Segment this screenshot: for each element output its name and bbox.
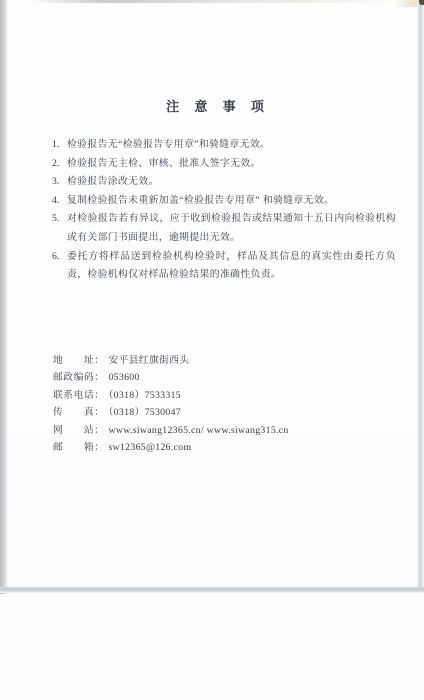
notice-item-1: 1. 检验报告无“检验报告专用章”和骑缝章无效。 xyxy=(52,136,396,155)
item-number: 3. xyxy=(52,173,67,192)
contact-label: 联系电话： xyxy=(53,390,104,401)
item-number: 5. xyxy=(52,210,67,247)
contact-value: 053600 xyxy=(108,372,139,383)
contact-value: （0318）7533315 xyxy=(108,390,180,401)
notice-item-6: 6. 委托方将样品送到检验机构检验时，样品及其信息的真实性由委托方负责，检验机构… xyxy=(52,248,396,285)
scan-edge-left xyxy=(0,0,8,594)
item-number: 4. xyxy=(52,192,67,211)
document-page: 注 意 事 项 1. 检验报告无“检验报告专用章”和骑缝章无效。 2. 检验报告… xyxy=(6,0,418,590)
scan-edge-right xyxy=(417,0,424,592)
contact-website: 网 站：www.siwang12365.cn/ www.siwang315.cn xyxy=(53,422,383,439)
item-number: 6. xyxy=(52,248,67,285)
item-text: 检验报告无主检、审核、批准人签字无效。 xyxy=(67,155,396,174)
notice-list: 1. 检验报告无“检验报告专用章”和骑缝章无效。 2. 检验报告无主检、审核、批… xyxy=(52,136,396,285)
contact-label: 传 真： xyxy=(53,407,104,418)
notice-item-4: 4. 复制检验报告未重新加盖“检验报告专用章” 和骑缝章无效。 xyxy=(52,192,396,211)
contact-email: 邮 箱：sw12365@126.com xyxy=(53,439,383,456)
contact-value: 安平县红旗街西头 xyxy=(108,355,189,366)
scanned-notice-document: { "doc": { "title": "注 意 事 项", "notice":… xyxy=(0,0,424,700)
notice-item-3: 3. 检验报告涂改无效。 xyxy=(52,173,396,192)
contact-postal-code: 邮政编码：053600 xyxy=(53,369,383,386)
contact-info: 地 址：安平县红旗街西头 邮政编码：053600 联系电话：（0318）7533… xyxy=(53,352,383,456)
contact-label: 邮政编码： xyxy=(53,372,104,383)
item-number: 1. xyxy=(52,136,67,155)
item-number: 2. xyxy=(52,155,67,174)
scan-edge-bottom xyxy=(0,587,424,593)
scan-edge-top xyxy=(30,0,400,3)
contact-label: 邮 箱： xyxy=(53,442,104,453)
contact-value: sw12365@126.com xyxy=(108,442,191,453)
contact-label: 网 站： xyxy=(53,425,104,436)
item-text: 对检验报告若有异议，应于收到检验报告或结果通知十五日内向检验机构或有关部门书面提… xyxy=(67,210,396,247)
page-title: 注 意 事 项 xyxy=(6,96,424,115)
item-text: 检验报告无“检验报告专用章”和骑缝章无效。 xyxy=(67,136,396,155)
item-text: 复制检验报告未重新加盖“检验报告专用章” 和骑缝章无效。 xyxy=(67,192,396,211)
scan-corner-stain xyxy=(395,0,417,7)
notice-item-5: 5. 对检验报告若有异议，应于收到检验报告或结果通知十五日内向检验机构或有关部门… xyxy=(52,210,396,247)
contact-fax: 传 真：（0318）7530047 xyxy=(53,404,383,421)
contact-address: 地 址：安平县红旗街西头 xyxy=(53,352,383,369)
item-text: 检验报告涂改无效。 xyxy=(67,173,396,192)
contact-label: 地 址： xyxy=(53,355,104,366)
contact-phone: 联系电话：（0318）7533315 xyxy=(53,387,383,404)
contact-value: www.siwang12365.cn/ www.siwang315.cn xyxy=(108,425,288,436)
scan-corner-speck xyxy=(419,0,424,5)
item-text: 委托方将样品送到检验机构检验时，样品及其信息的真实性由委托方负责，检验机构仅对样… xyxy=(67,248,396,285)
contact-value: （0318）7530047 xyxy=(108,407,180,418)
notice-item-2: 2. 检验报告无主检、审核、批准人签字无效。 xyxy=(52,155,396,174)
